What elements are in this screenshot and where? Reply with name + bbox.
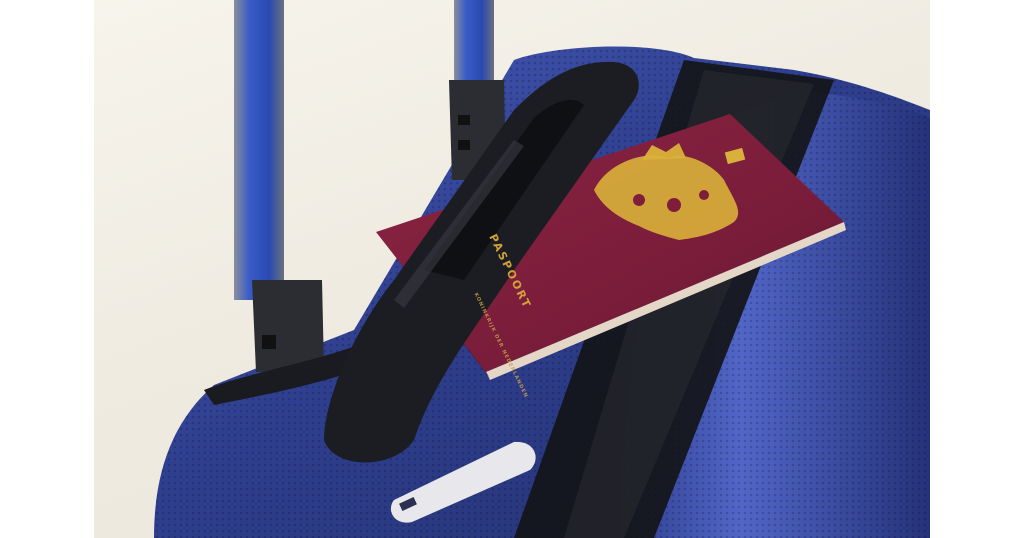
photo-scene xyxy=(94,0,930,538)
suitcase-passport-photo: PASPOORT KONINKRIJK DER NEDERLANDEN xyxy=(94,0,930,538)
telescopic-handle-left-pole xyxy=(234,0,324,372)
